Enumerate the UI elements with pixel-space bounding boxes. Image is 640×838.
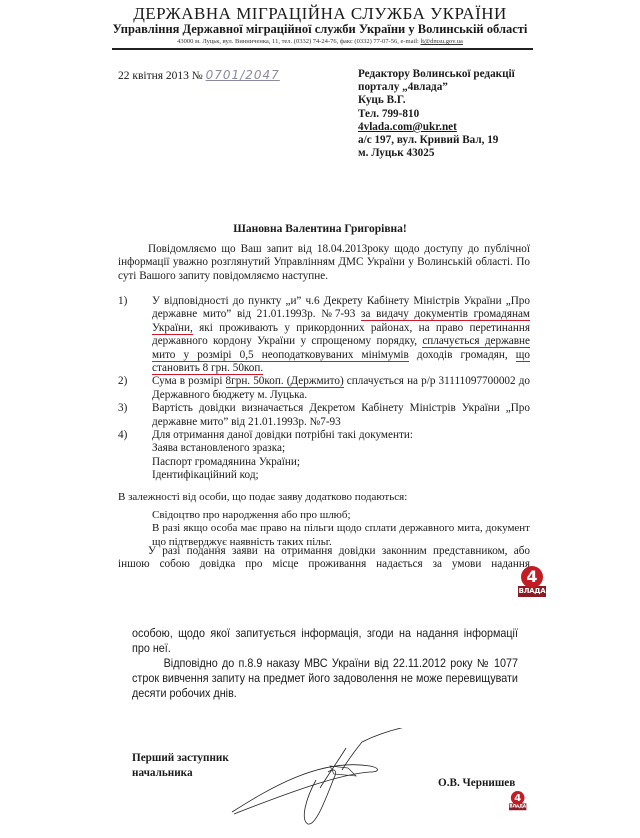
recipient-line: Тел. 799-810 [358, 108, 515, 121]
item-text: Для отримання даної довідки потрібні так… [152, 429, 413, 441]
outgoing-date: 22 квітня 2013 № 0701/2047 [118, 68, 280, 82]
letterhead-agency: ДЕРЖАВНА МІГРАЦІЙНА СЛУЖБА УКРАЇНИ [0, 4, 640, 24]
contacts-text: 43000 м. Луцьк, вул. Винниченка, 11, тел… [177, 38, 420, 45]
registration-number: 0701/2047 [206, 68, 280, 82]
recipient-line: м. Луцьк 43025 [358, 147, 515, 160]
item-text: Вартість довідки визначається Декретом К… [152, 402, 530, 427]
dependents-title: В залежності від особи, що подає заяву д… [118, 491, 407, 503]
list-item: 4) Для отримання даної довідки потрібні … [118, 429, 530, 483]
required-document: Заява встановленого зразка; [152, 442, 530, 455]
dependents-list: Свідоцтво про народження або про шлюб; В… [152, 509, 530, 549]
continuation-paragraph: особою, щодо якої запитується інформація… [132, 626, 518, 656]
highlighted-text: 8грн. 50коп. (Держмито) [226, 375, 344, 388]
recipient-line: порталу „4влада” [358, 81, 515, 94]
logo-number: 4 [521, 567, 543, 587]
handwritten-signature [230, 728, 420, 828]
logo-circle: 4 [521, 566, 543, 588]
date-text: 22 квітня 2013 № [118, 70, 206, 82]
letterhead-contacts: 43000 м. Луцьк, вул. Винниченка, 11, тел… [0, 38, 640, 45]
list-item: 3) Вартість довідки визначається Декрето… [118, 402, 530, 429]
numbered-list: 1) У відповідності до пункту „и” ч.6 Дек… [118, 295, 530, 483]
salutation: Шановна Валентина Григорівна! [0, 223, 640, 235]
letterhead-rule [112, 48, 533, 50]
list-item: 1) У відповідності до пункту „и” ч.6 Дек… [118, 295, 530, 375]
signatory-name: О.В. Чернишев [438, 777, 515, 789]
list-number: 3) [118, 402, 127, 415]
list-item: 2) Сума в розмірі 8грн. 50коп. (Держмито… [118, 375, 530, 402]
recipient-line: Редактору Волинської редакції [358, 68, 515, 81]
dependent-document: Свідоцтво про народження або про шлюб; [152, 509, 530, 522]
recipient-line: Куць В.Г. [358, 94, 515, 107]
list-number: 1) [118, 295, 127, 308]
4vlada-logo-small: 4 ВЛАДА [509, 791, 526, 810]
deadline-text: Відповідно до п.8.9 наказу МВС України в… [132, 656, 518, 701]
signatory-role: Перший заступник начальника [132, 751, 229, 781]
deadline-paragraph: Відповідно до п.8.9 наказу МВС України в… [132, 656, 518, 701]
representative-paragraph: У разі подання заяви на отримання довідк… [118, 545, 530, 572]
logo-circle: 4 [511, 791, 525, 805]
logo-number: 4 [511, 792, 525, 804]
contacts-email-link[interactable]: lt@dmsu.gov.ua [421, 38, 463, 45]
recipient-email-link[interactable]: 4vlada.com@ukr.net [358, 121, 515, 134]
list-number: 4) [118, 429, 127, 442]
list-number: 2) [118, 375, 127, 388]
intro-paragraph: Повідомляємо що Ваш запит від 18.04.2013… [118, 243, 530, 283]
role-line: начальника [132, 766, 229, 781]
recipient-line: а/с 197, вул. Кривий Вал, 19 [358, 134, 515, 147]
recipient-block: Редактору Волинської редакції порталу „4… [358, 68, 515, 160]
role-line: Перший заступник [132, 751, 229, 766]
item-text: доходів громадян, [409, 349, 516, 361]
required-document: Ідентифікаційний код; [152, 469, 530, 482]
letterhead-department: Управління Державної міграційної служби … [0, 22, 640, 37]
4vlada-logo: 4 ВЛАДА [518, 566, 546, 597]
item-text: Сума в розмірі [152, 375, 226, 387]
required-document: Паспорт громадянина України; [152, 456, 530, 469]
